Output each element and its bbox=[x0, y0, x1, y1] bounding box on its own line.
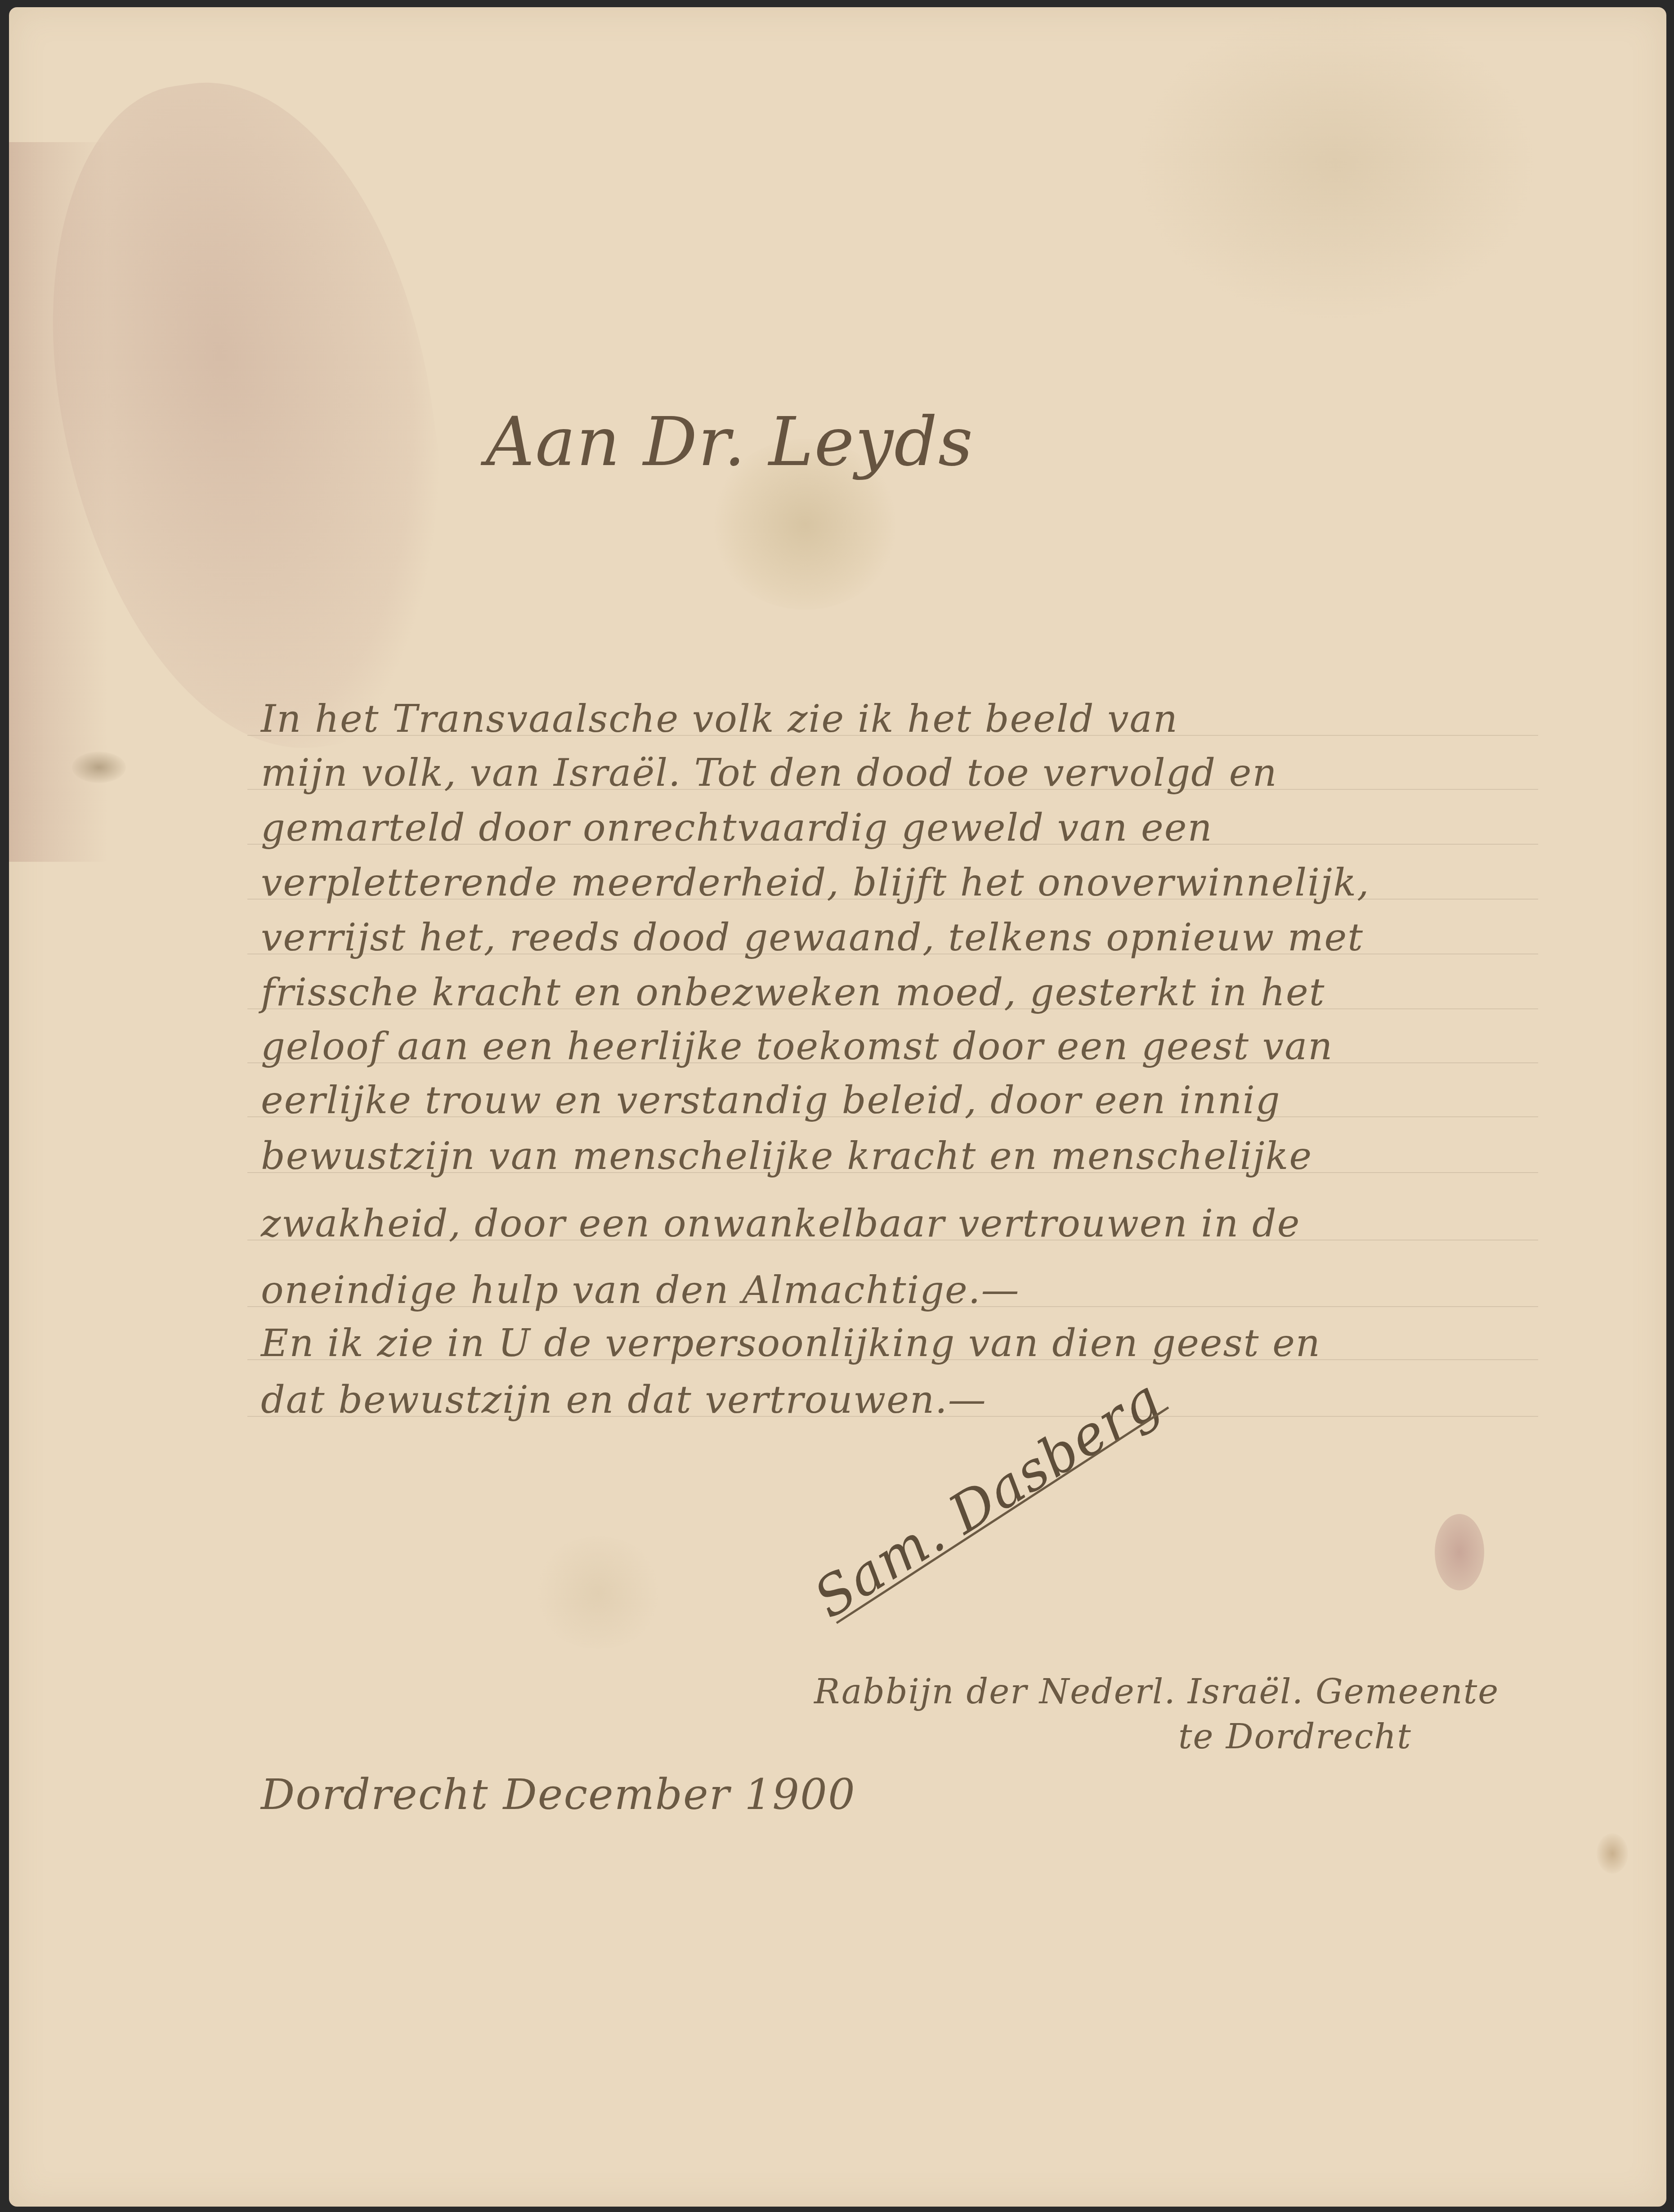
water-stain-large bbox=[18, 57, 477, 776]
body-line-6: frissche kracht en onbezweken moed, gest… bbox=[261, 973, 1325, 1011]
letter-salutation: Aan Dr. Leyds bbox=[486, 403, 974, 481]
signatory-title: Rabbijn der Nederl. Israël. Gemeente bbox=[814, 1671, 1499, 1711]
drop-stain-bottom-right bbox=[1597, 1833, 1628, 1874]
body-line-7: geloof aan een heerlijke toekomst door e… bbox=[261, 1027, 1333, 1065]
water-stain-left-edge bbox=[9, 142, 108, 862]
body-line-11: oneindige hulp van den Almachtige.— bbox=[261, 1271, 1020, 1309]
signature-underline bbox=[836, 1406, 1169, 1624]
faint-stain-lower-left bbox=[531, 1536, 666, 1649]
body-line-3: gemarteld door onrechtvaardig geweld van… bbox=[261, 809, 1213, 846]
body-line-8: eerlijke trouw en verstandig beleid, doo… bbox=[261, 1081, 1281, 1119]
water-stain-top bbox=[1133, 7, 1538, 322]
drop-stain-left bbox=[72, 752, 126, 783]
dateline: Dordrecht December 1900 bbox=[261, 1770, 856, 1819]
body-line-5: verrijst het, reeds dood gewaand, telken… bbox=[261, 918, 1364, 956]
body-line-1: In het Transvaalsche volk zie ik het bee… bbox=[261, 700, 1178, 738]
letter-paper: Aan Dr. Leyds In het Transvaalsche volk … bbox=[9, 7, 1666, 2207]
signatory-place: te Dordrecht bbox=[1178, 1716, 1412, 1756]
body-line-9: bewustzijn van menschelijke kracht en me… bbox=[261, 1137, 1312, 1175]
drop-stain-right bbox=[1435, 1514, 1484, 1590]
body-line-4: verpletterende meerderheid, blijft het o… bbox=[261, 864, 1370, 901]
body-line-12: En ik zie in U de verpersoonlijking van … bbox=[261, 1324, 1321, 1362]
body-line-2: mijn volk, van Israël. Tot den dood toe … bbox=[261, 754, 1278, 792]
body-line-13: dat bewustzijn en dat vertrouwen.— bbox=[261, 1381, 987, 1419]
body-line-10: zwakheid, door een onwankelbaar vertrouw… bbox=[261, 1205, 1300, 1242]
